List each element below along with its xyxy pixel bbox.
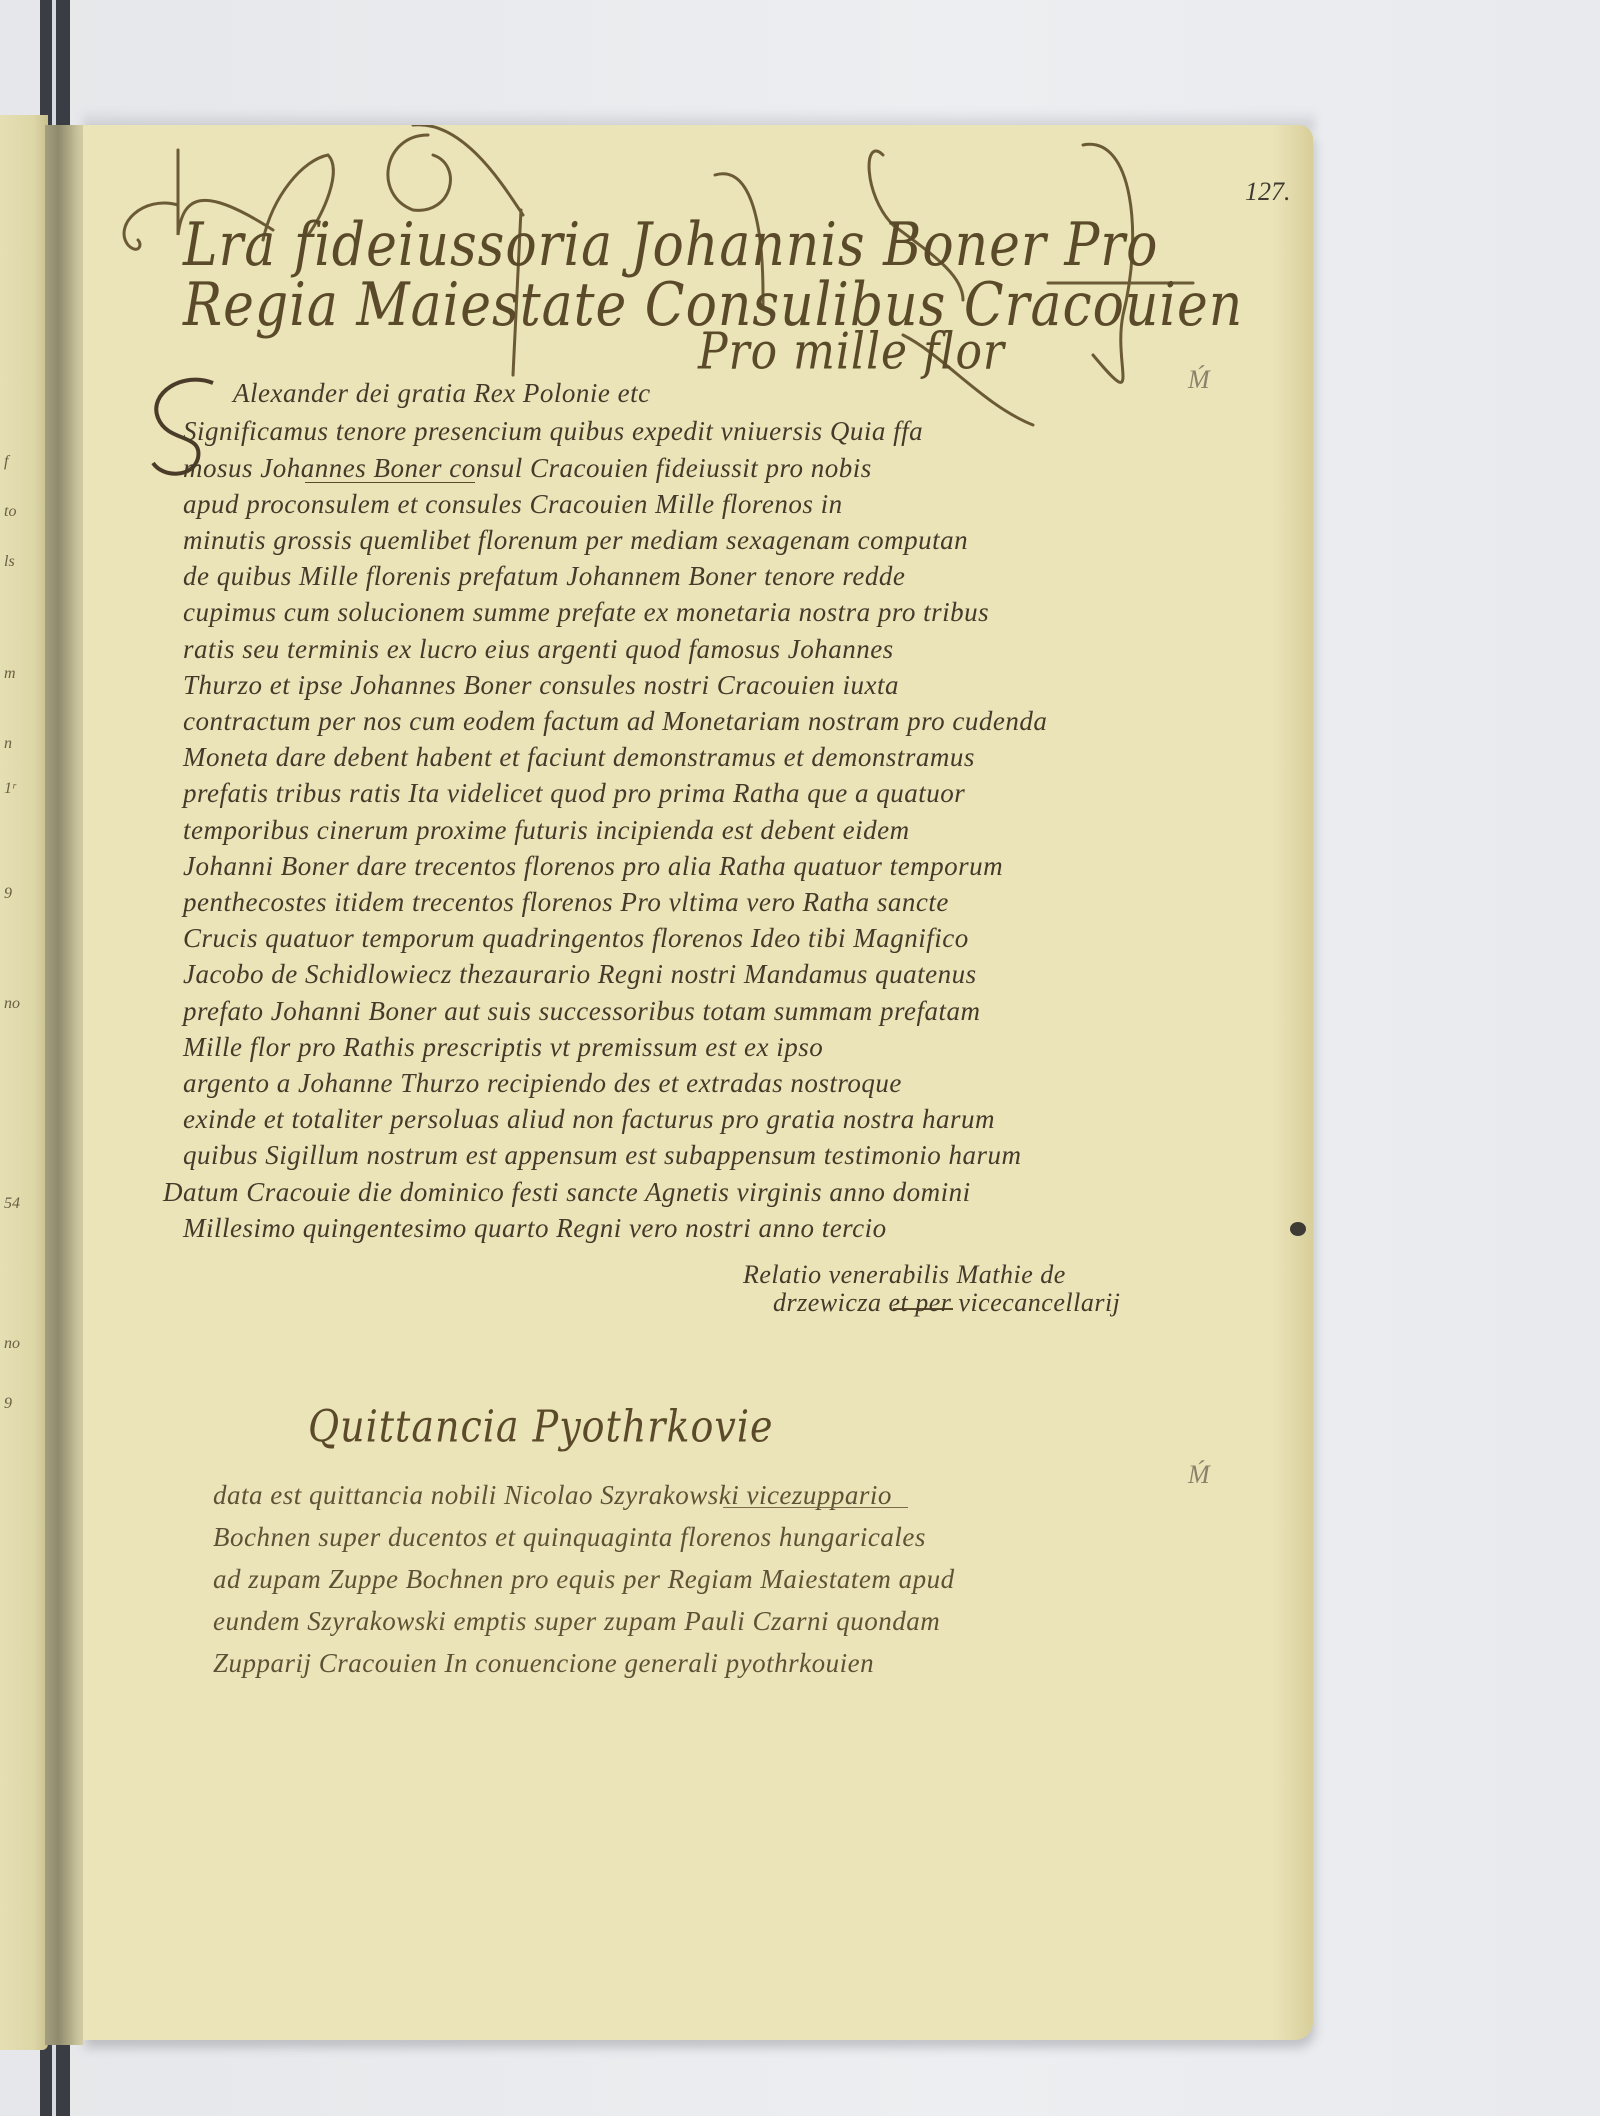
page-edge-shading xyxy=(1273,125,1313,2040)
section-2-body-line: Zupparij Cracouien In conuencione genera… xyxy=(213,1648,874,1679)
body-line: Datum Cracouie die dominico festi sancte… xyxy=(163,1177,971,1208)
body-line: Johanni Boner dare trecentos florenos pr… xyxy=(183,851,1003,882)
body-line: cupimus cum solucionem summe prefate ex … xyxy=(183,597,989,628)
body-line: Moneta dare debent habent et faciunt dem… xyxy=(183,742,975,773)
body-line: argento a Johanne Thurzo recipiendo des … xyxy=(183,1068,902,1099)
left-note: 9 xyxy=(4,885,12,903)
margin-mark-right-1: Ḿ xyxy=(1188,365,1210,395)
section-2-body-line: Bochnen super ducentos et quinquaginta f… xyxy=(213,1522,926,1553)
body-line: minutis grossis quemlibet florenum per m… xyxy=(183,525,968,556)
left-note: no xyxy=(4,1335,20,1353)
body-line: penthecostes itidem trecentos florenos P… xyxy=(183,887,949,918)
left-note: ls xyxy=(4,553,15,571)
folio-number: 127. xyxy=(1245,177,1291,207)
body-line: apud proconsulem et consules Cracouien M… xyxy=(183,489,843,520)
signature-line-2: drzewicza et per vicecancellarij xyxy=(773,1288,1120,1318)
body-line: contractum per nos cum eodem factum ad M… xyxy=(183,706,1047,737)
section-2-body-line: ad zupam Zuppe Bochnen pro equis per Reg… xyxy=(213,1564,955,1595)
body-line: Thurzo et ipse Johannes Boner consules n… xyxy=(183,670,899,701)
body-line: prefatis tribus ratis Ita videlicet quod… xyxy=(183,778,965,809)
left-note: f xyxy=(4,453,8,471)
body-line: quibus Sigillum nostrum est appensum est… xyxy=(183,1140,1022,1171)
left-note: 54 xyxy=(4,1195,20,1213)
body-line: Jacobo de Schidlowiecz thezaurario Regni… xyxy=(183,959,977,990)
underline-name-johannes xyxy=(305,482,475,483)
body-line: prefato Johanni Boner aut suis successor… xyxy=(183,996,980,1027)
body-line: temporibus cinerum proxime futuris incip… xyxy=(183,815,910,846)
left-note: 1ʳ xyxy=(4,780,16,798)
body-line: exinde et totaliter persoluas aliud non … xyxy=(183,1104,995,1135)
body-line: de quibus Mille florenis prefatum Johann… xyxy=(183,561,905,592)
section-1-subheading: Pro mille flor xyxy=(698,322,1005,381)
signature-line-1: Relatio venerabilis Mathie de xyxy=(743,1260,1066,1290)
body-line: ratis seu terminis ex lucro eius argenti… xyxy=(183,634,894,665)
body-line: Mille flor pro Rathis prescriptis vt pre… xyxy=(183,1032,823,1063)
facing-page-left: f to ls m n 1ʳ 9 no 54 no 9 xyxy=(0,115,48,2050)
ink-blot xyxy=(1290,1222,1306,1236)
left-note: 9 xyxy=(4,1395,12,1413)
left-note: n xyxy=(4,735,12,753)
body-line: Alexander dei gratia Rex Polonie etc xyxy=(233,378,651,409)
manuscript-page: 127. Lra fideiussoria Johannis Boner Pro… xyxy=(83,125,1313,2040)
body-line: Significamus tenore presencium quibus ex… xyxy=(183,416,923,447)
left-note: to xyxy=(4,503,16,521)
margin-mark-right-2: Ḿ xyxy=(1188,1460,1210,1490)
body-line: mosus Johannes Boner consul Cracouien fi… xyxy=(183,453,872,484)
left-note: m xyxy=(4,665,16,683)
section-2-body-line: eundem Szyrakowski emptis super zupam Pa… xyxy=(213,1606,940,1637)
section-1-heading-line-1: Lra fideiussoria Johannis Boner Pro xyxy=(183,211,1158,280)
body-line: Millesimo quingentesimo quarto Regni ver… xyxy=(183,1213,887,1244)
body-line: Crucis quatuor temporum quadringentos fl… xyxy=(183,923,969,954)
left-note: no xyxy=(4,995,20,1013)
underline-name-szyrakowski xyxy=(723,1507,908,1508)
book-gutter xyxy=(45,125,83,2045)
section-2-heading: Quittancia Pyothrkovie xyxy=(308,1401,773,1452)
